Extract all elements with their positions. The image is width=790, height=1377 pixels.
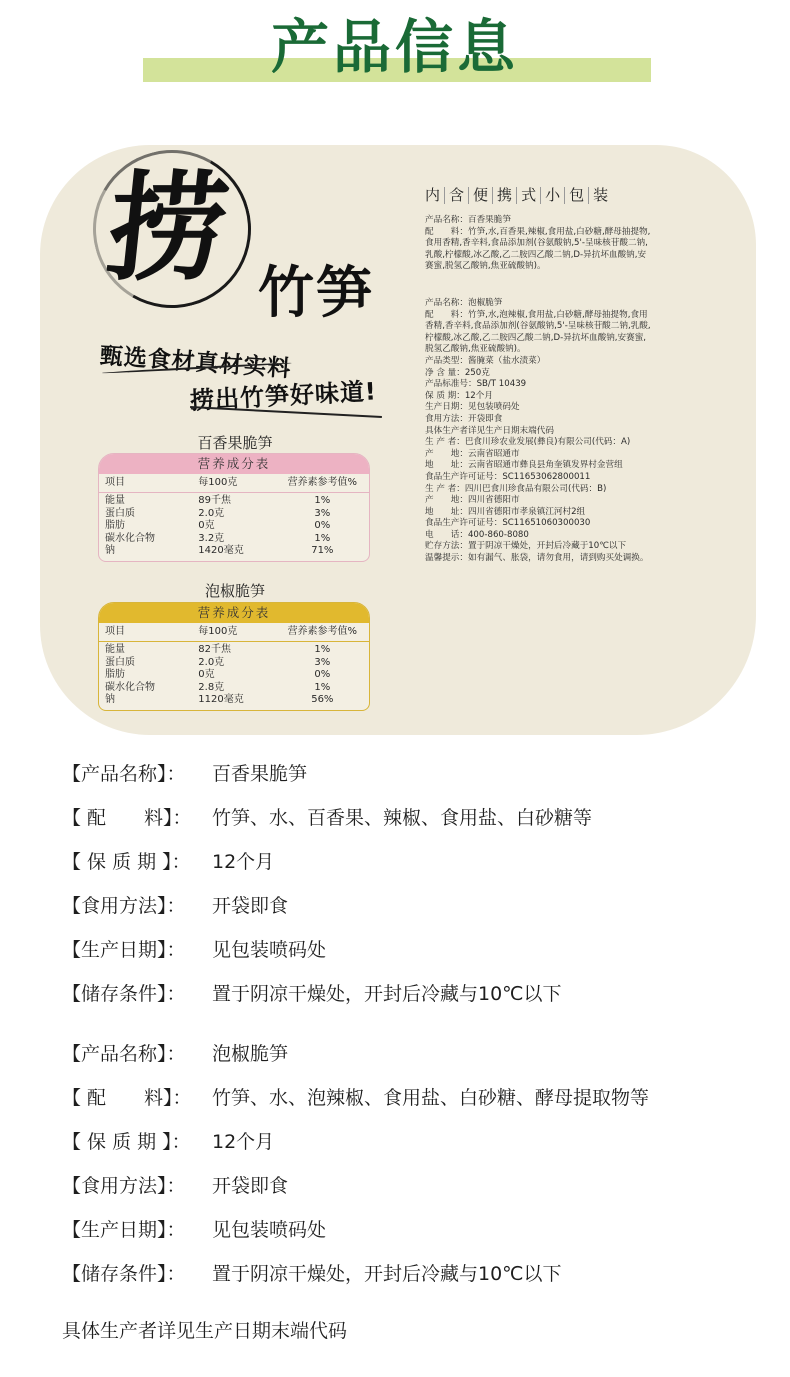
info-line: 乳酸,柠檬酸,冰乙酸,乙二胺四乙酸二钠,D-异抗坏血酸钠,安 — [425, 250, 725, 262]
nutrient-name: 脂肪 — [105, 520, 198, 533]
spec-row: 【产品名称】：泡椒脆笋 — [62, 1042, 288, 1066]
info-line: 食用方法：开袋即食 — [425, 414, 725, 426]
info-line: 保 质 期：12个月 — [425, 391, 725, 403]
nutrient-amount: 82千焦 — [198, 644, 281, 657]
heading-char: 携 — [493, 187, 517, 204]
brand-logo-subtitle: 竹笋 — [258, 262, 374, 326]
nutrient-amount: 1120毫克 — [198, 694, 281, 707]
info-line: 配 料：竹笋,水,百香果,辣椒,食用盐,白砂糖,酵母抽提物, — [425, 227, 725, 239]
spec-row: 【 配 料】：竹笋、水、泡辣椒、食用盐、白砂糖、酵母提取物等 — [62, 1086, 649, 1110]
spec-row: 【 配 料】：竹笋、水、百香果、辣椒、食用盐、白砂糖等 — [62, 806, 592, 830]
brand-logo-char: 捞 — [91, 158, 246, 298]
table-row: 碳水化合物2.8克1% — [99, 682, 369, 695]
table-row: 碳水化合物3.2克1% — [99, 533, 369, 546]
info-line: 食用香精,香辛料,食品添加剂(谷氨酸钠,5'-呈味核苷酸二钠, — [425, 238, 725, 250]
nutrient-nrv: 1% — [282, 644, 363, 657]
nutrient-nrv: 0% — [282, 669, 363, 682]
nutrient-nrv: 3% — [282, 657, 363, 670]
nutrition-header-row: 项目 每100克 营养素参考值% — [99, 623, 369, 642]
nutrient-name: 脂肪 — [105, 669, 198, 682]
spec-value: 见包装喷码处 — [212, 938, 326, 962]
info-line: 食品生产许可证号：SC11653062800011 — [425, 472, 725, 484]
info-line: 柠檬酸,冰乙酸,乙二胺四乙酸二钠,D-异抗坏血酸钠,安赛蜜, — [425, 333, 725, 345]
nutrient-nrv: 1% — [282, 495, 363, 508]
info-line: 产品类型：酱腌菜（盐水渍菜） — [425, 356, 725, 368]
table-row: 钠1120毫克56% — [99, 694, 369, 707]
info-line: 生 产 者：四川巴食川珍食品有限公司(代码：B) — [425, 484, 725, 496]
col-header-per100g: 每100克 — [198, 623, 281, 641]
heading-char: 含 — [445, 187, 469, 204]
heading-char: 包 — [565, 187, 589, 204]
nutrient-amount: 2.0克 — [198, 508, 281, 521]
spec-key: 【 配 料】： — [62, 806, 212, 830]
spec-row: 【生产日期】：见包装喷码处 — [62, 1218, 326, 1242]
nutrient-name: 钠 — [105, 545, 198, 558]
table-row: 能量82千焦1% — [99, 644, 369, 657]
spec-row: 【 保 质 期 】：12个月 — [62, 850, 274, 874]
info-line: 生产日期：见包装喷码处 — [425, 402, 725, 414]
spec-key: 【产品名称】： — [62, 762, 212, 786]
info-line: 产 地：云南省昭通市 — [425, 449, 725, 461]
nutrient-amount: 89千焦 — [198, 495, 281, 508]
spec-row: 【储存条件】：置于阴凉干燥处，开封后冷藏与10℃以下 — [62, 982, 562, 1006]
nutrition-table-passionfruit: 营养成分表 项目 每100克 营养素参考值% 能量89千焦1% 蛋白质2.0克3… — [98, 453, 370, 562]
nutrient-amount: 3.2克 — [198, 533, 281, 546]
spec-value: 置于阴凉干燥处，开封后冷藏与10℃以下 — [212, 982, 562, 1006]
nutrient-nrv: 1% — [282, 533, 363, 546]
spec-row: 【 保 质 期 】：12个月 — [62, 1130, 274, 1154]
nutrient-nrv: 1% — [282, 682, 363, 695]
spec-row: 【食用方法】：开袋即食 — [62, 1174, 288, 1198]
info-line: 温馨提示：如有漏气、胀袋，请勿食用，请到购买处调换。 — [425, 553, 725, 565]
nutrient-amount: 1420毫克 — [198, 545, 281, 558]
info-line: 净 含 量：250克 — [425, 368, 725, 380]
nutrition-table-pickled-pepper: 营养成分表 项目 每100克 营养素参考值% 能量82千焦1% 蛋白质2.0克3… — [98, 602, 370, 711]
spec-row: 【产品名称】：百香果脆笋 — [62, 762, 307, 786]
info-line: 脱氢乙酸钠,焦亚硫酸钠)。 — [425, 344, 725, 356]
nutrient-name: 能量 — [105, 495, 198, 508]
spec-row: 【食用方法】：开袋即食 — [62, 894, 288, 918]
spec-key: 【生产日期】： — [62, 1218, 212, 1242]
page-title: 产品信息 — [0, 12, 790, 82]
nutrient-name: 蛋白质 — [105, 657, 198, 670]
nutrient-amount: 0克 — [198, 520, 281, 533]
nutrient-amount: 2.8克 — [198, 682, 281, 695]
info-line: 产 地：四川省德阳市 — [425, 495, 725, 507]
nutrient-name: 蛋白质 — [105, 508, 198, 521]
spec-key: 【生产日期】： — [62, 938, 212, 962]
spec-value: 泡椒脆笋 — [212, 1042, 288, 1066]
info-line: 地 址：云南省昭通市彝良县角奎镇发界村金营组 — [425, 460, 725, 472]
spec-key: 【储存条件】： — [62, 982, 212, 1006]
spec-key: 【食用方法】： — [62, 894, 212, 918]
spec-value: 开袋即食 — [212, 1174, 288, 1198]
spec-key: 【 保 质 期 】： — [62, 1130, 212, 1154]
heading-char: 便 — [469, 187, 493, 204]
table-row: 脂肪0克0% — [99, 669, 369, 682]
info-line: 产品名称：泡椒脆笋 — [425, 298, 725, 310]
nutrient-name: 碳水化合物 — [105, 533, 198, 546]
info-line: 具体生产者详见生产日期末端代码 — [425, 426, 725, 438]
spec-value: 竹笋、水、百香果、辣椒、食用盐、白砂糖等 — [212, 806, 592, 830]
spec-value: 12个月 — [212, 1130, 274, 1154]
heading-char: 小 — [541, 187, 565, 204]
nutrition-product-name: 百香果脆笋 — [90, 432, 380, 453]
nutrient-name: 钠 — [105, 694, 198, 707]
spec-key: 【产品名称】： — [62, 1042, 212, 1066]
spec-row: 【储存条件】：置于阴凉干燥处，开封后冷藏与10℃以下 — [62, 1262, 562, 1286]
table-row: 蛋白质2.0克3% — [99, 508, 369, 521]
spec-value: 12个月 — [212, 850, 274, 874]
spec-key: 【 配 料】： — [62, 1086, 212, 1110]
spec-value: 竹笋、水、泡辣椒、食用盐、白砂糖、酵母提取物等 — [212, 1086, 649, 1110]
heading-char: 式 — [517, 187, 541, 204]
info-line: 产品名称：百香果脆笋 — [425, 215, 725, 227]
col-header-per100g: 每100克 — [198, 474, 281, 492]
nutrient-amount: 2.0克 — [198, 657, 281, 670]
spec-key: 【食用方法】： — [62, 1174, 212, 1198]
info-line: 贮存方法：置于阴凉干燥处，开封后冷藏于10℃以下 — [425, 541, 725, 553]
info-line: 地 址：四川省德阳市孝泉镇江河村2组 — [425, 507, 725, 519]
portable-pack-heading: 内 含 便 携 式 小 包 装 — [425, 187, 612, 204]
nutrition-product-name: 泡椒脆笋 — [90, 580, 380, 601]
producer-code-note: 具体生产者详见生产日期末端代码 — [62, 1316, 347, 1343]
spec-value: 百香果脆笋 — [212, 762, 307, 786]
info-line: 产品标准号：SB/T 10439 — [425, 379, 725, 391]
table-row: 蛋白质2.0克3% — [99, 657, 369, 670]
nutrient-amount: 0克 — [198, 669, 281, 682]
table-row: 钠1420毫克71% — [99, 545, 369, 558]
nutrition-table-title: 营养成分表 — [99, 603, 369, 623]
info-line: 电 话：400-860-8080 — [425, 530, 725, 542]
nutrient-nrv: 56% — [282, 694, 363, 707]
nutrition-header-row: 项目 每100克 营养素参考值% — [99, 474, 369, 493]
nutrition-table-title: 营养成分表 — [99, 454, 369, 474]
table-row: 脂肪0克0% — [99, 520, 369, 533]
heading-char: 装 — [589, 187, 612, 204]
nutrient-name: 能量 — [105, 644, 198, 657]
info-line: 配 料：竹笋,水,泡辣椒,食用盐,白砂糖,酵母抽提物,食用 — [425, 310, 725, 322]
col-header-nrv: 营养素参考值% — [282, 474, 363, 492]
table-row: 能量89千焦1% — [99, 495, 369, 508]
info-line: 香精,香辛料,食品添加剂(谷氨酸钠,5'-呈味核苷酸二钠,乳酸, — [425, 321, 725, 333]
nutrient-name: 碳水化合物 — [105, 682, 198, 695]
info-line: 生 产 者：巴食川珍农业发展(彝良)有限公司(代码：A) — [425, 437, 725, 449]
info-line: 食品生产许可证号：SC11651060300030 — [425, 518, 725, 530]
spec-key: 【储存条件】： — [62, 1262, 212, 1286]
spec-value: 开袋即食 — [212, 894, 288, 918]
col-header-item: 项目 — [105, 623, 198, 641]
spec-value: 见包装喷码处 — [212, 1218, 326, 1242]
info-block-passionfruit: 产品名称：百香果脆笋 配 料：竹笋,水,百香果,辣椒,食用盐,白砂糖,酵母抽提物… — [425, 215, 725, 273]
info-line: 赛蜜,脱氢乙酸钠,焦亚硫酸钠)。 — [425, 261, 725, 273]
col-header-nrv: 营养素参考值% — [282, 623, 363, 641]
spec-row: 【生产日期】：见包装喷码处 — [62, 938, 326, 962]
col-header-item: 项目 — [105, 474, 198, 492]
nutrient-nrv: 0% — [282, 520, 363, 533]
spec-key: 【 保 质 期 】： — [62, 850, 212, 874]
heading-char: 内 — [425, 187, 445, 204]
info-block-pickled-pepper: 产品名称：泡椒脆笋 配 料：竹笋,水,泡辣椒,食用盐,白砂糖,酵母抽提物,食用 … — [425, 298, 725, 565]
spec-value: 置于阴凉干燥处，开封后冷藏与10℃以下 — [212, 1262, 562, 1286]
nutrient-nrv: 3% — [282, 508, 363, 521]
nutrient-nrv: 71% — [282, 545, 363, 558]
